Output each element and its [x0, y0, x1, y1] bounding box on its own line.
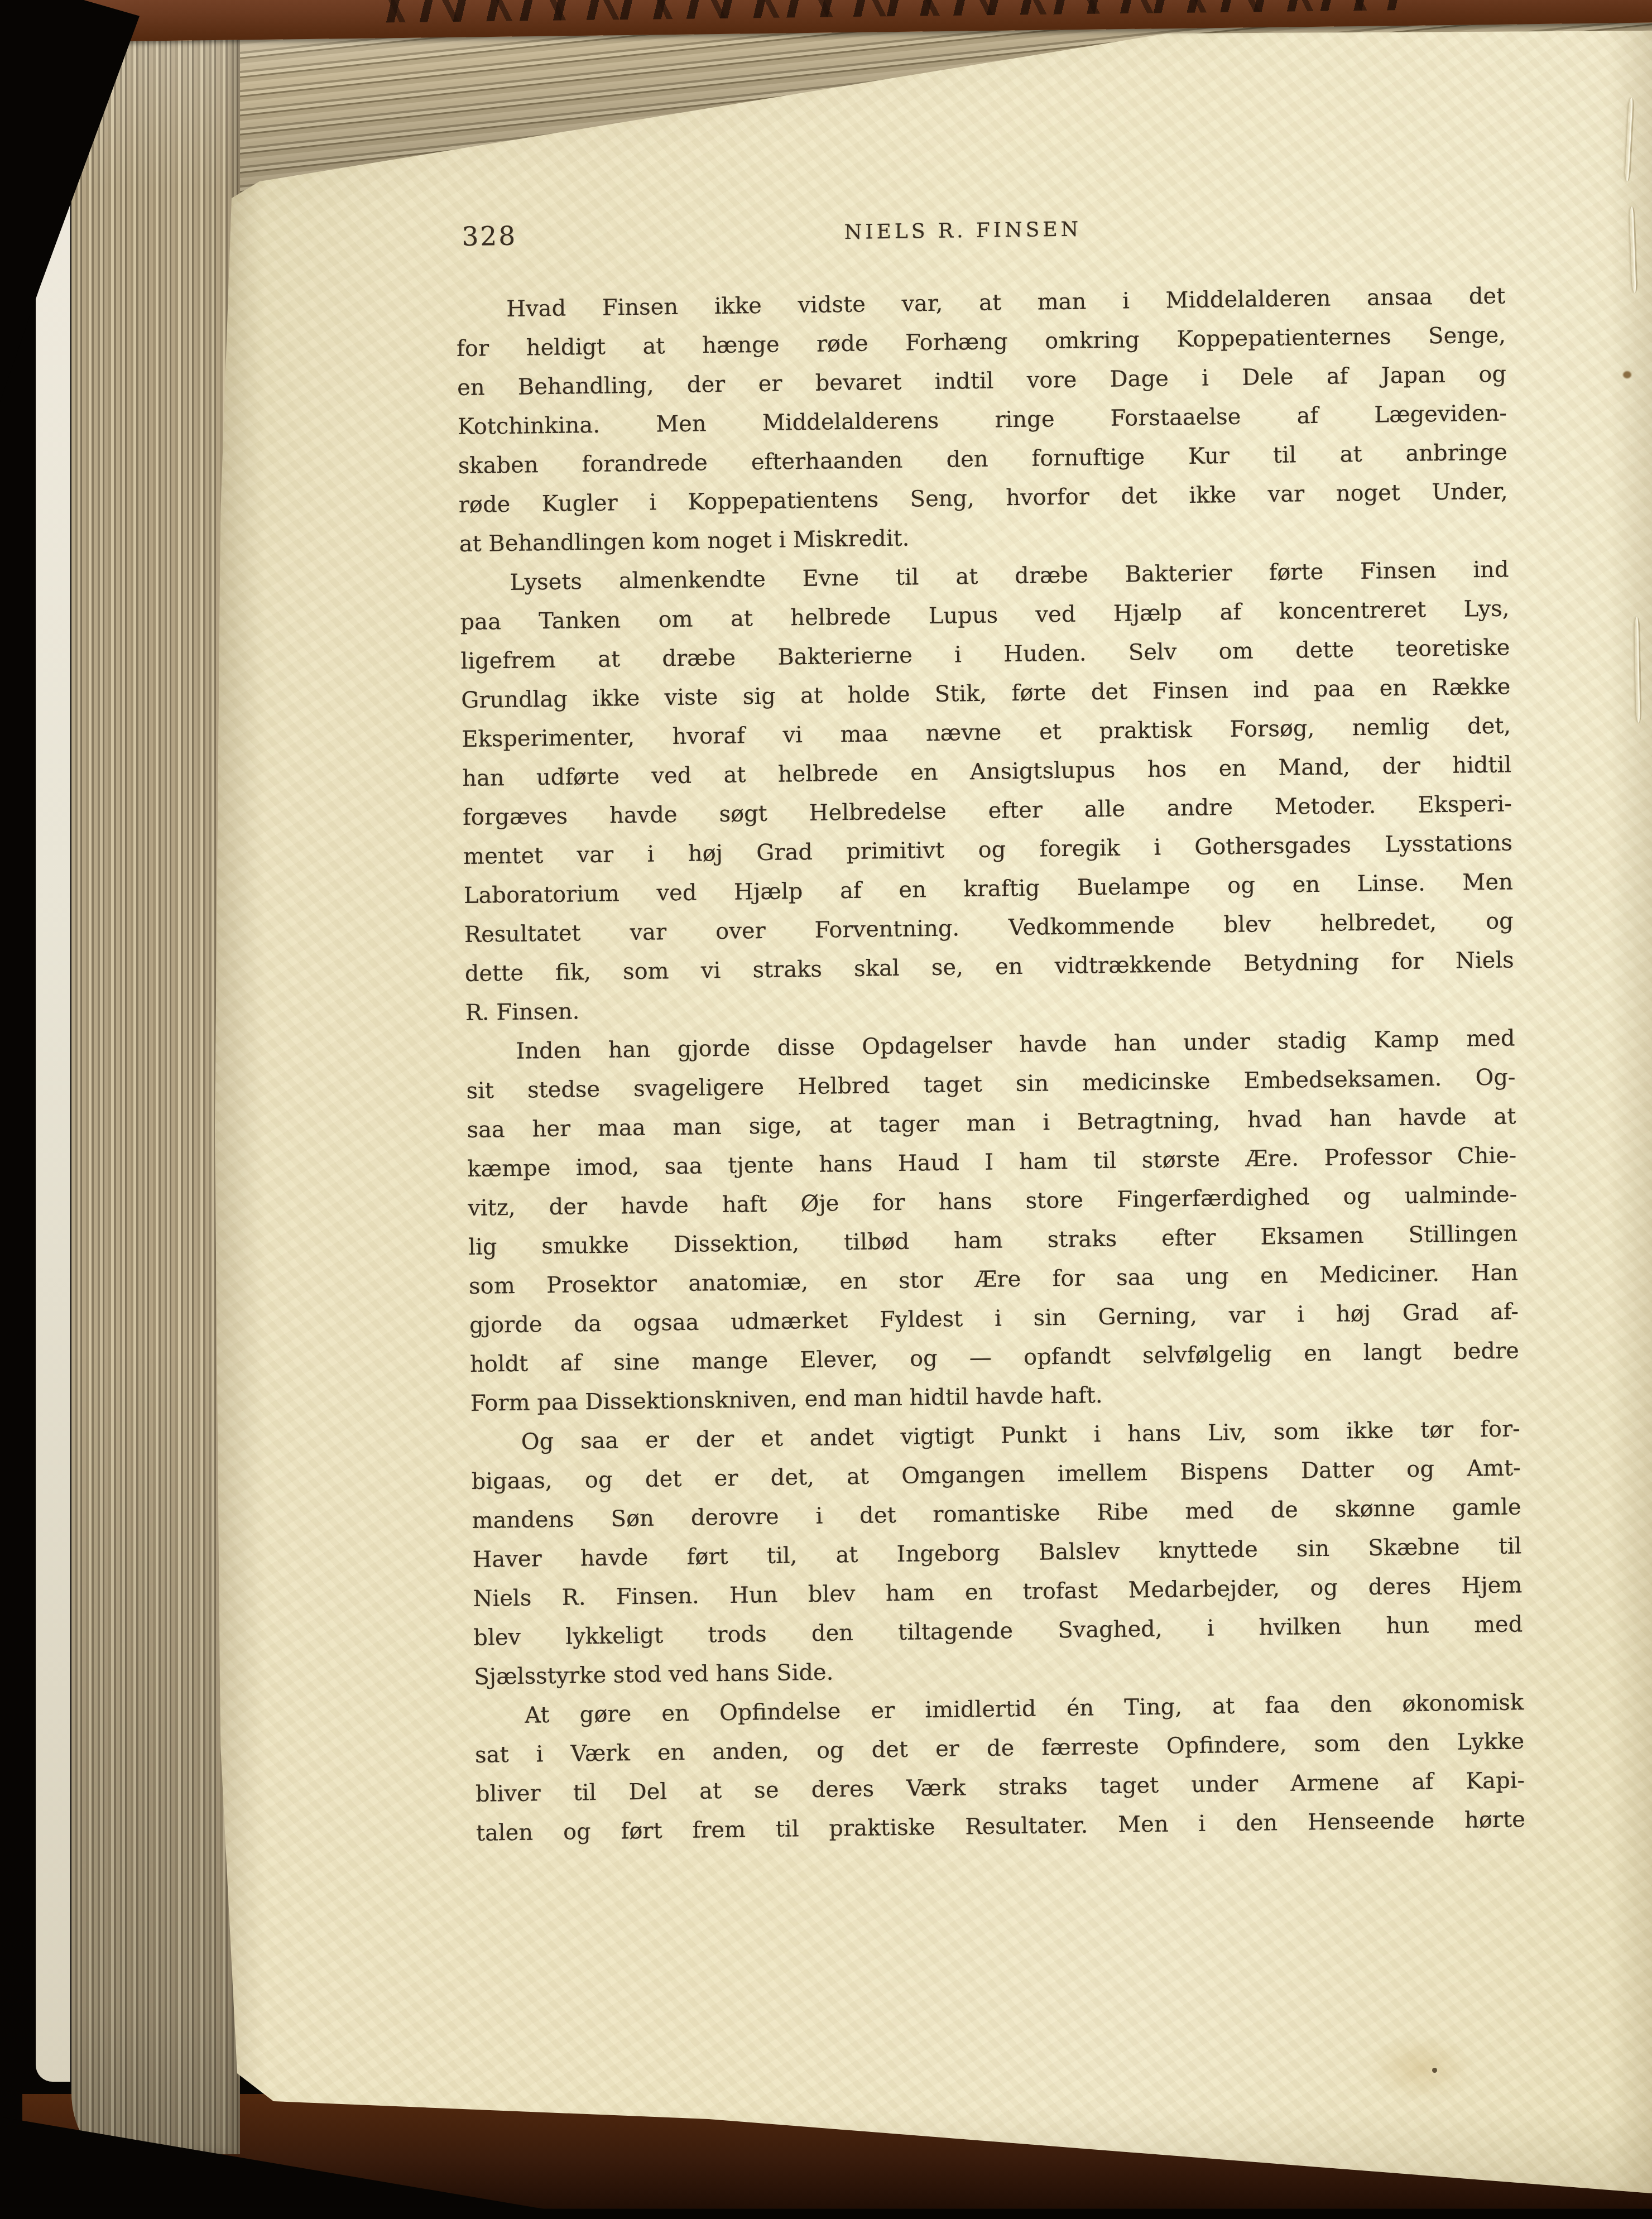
paper-speck — [1623, 371, 1631, 378]
paragraph: At gøre en Opfindelse er imidlertid én T… — [474, 1683, 1526, 1853]
endpaper-edge — [36, 78, 70, 2082]
book-page: 328 NIELS R. FINSEN Hvad Finsen ikke vid… — [206, 14, 1652, 2219]
page-crease — [1629, 206, 1637, 293]
paragraph: Og saa er der et andet vigtigt Punkt i h… — [470, 1409, 1523, 1697]
header-title: NIELS R. FINSEN — [455, 213, 1471, 249]
paragraph: Inden han gjorde disse Opdagelser havde … — [465, 1019, 1520, 1423]
page-edge-stack-left — [71, 19, 240, 2154]
book-photo: 328 NIELS R. FINSEN Hvad Finsen ikke vid… — [0, 0, 1652, 2219]
text-block: Hvad Finsen ikke vidste var, at man i Mi… — [456, 277, 1525, 1853]
paragraph: Lysets almenkendte Evne til at dræbe Bak… — [459, 550, 1515, 1032]
paper-stain — [1367, 2034, 1473, 2101]
printed-content: 328 NIELS R. FINSEN Hvad Finsen ikke vid… — [455, 201, 1525, 1853]
cover-ornament — [378, 0, 1405, 22]
photo-bottom-edge — [0, 2208, 1652, 2219]
paragraph: Hvad Finsen ikke vidste var, at man i Mi… — [456, 277, 1509, 564]
page-crease — [1634, 617, 1641, 723]
paper-speck — [1432, 2068, 1437, 2073]
page-crease — [1625, 98, 1635, 181]
running-header: 328 NIELS R. FINSEN — [455, 201, 1505, 271]
